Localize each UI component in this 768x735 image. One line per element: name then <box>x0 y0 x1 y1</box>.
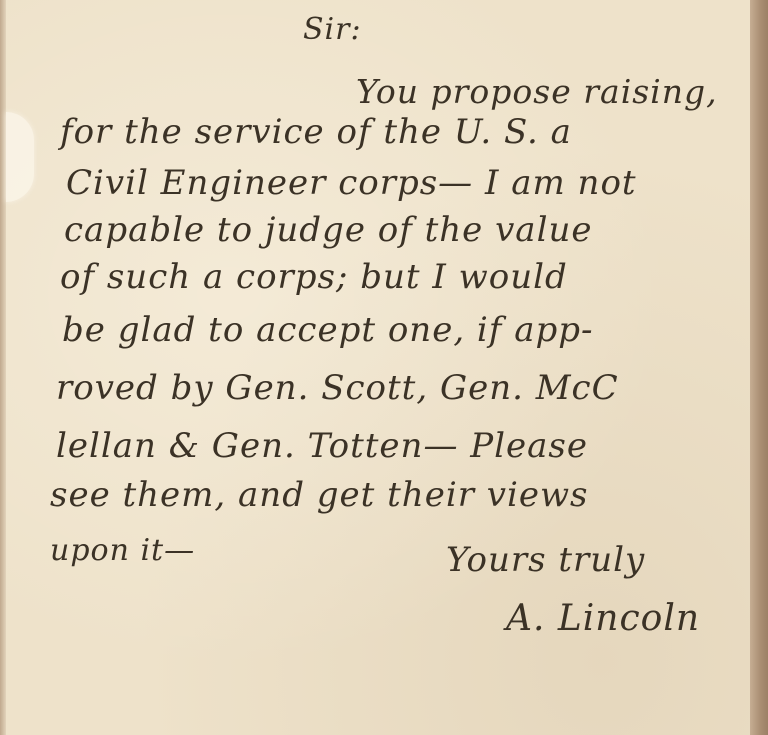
frame-right-edge <box>750 0 768 735</box>
letter-frame: Sir: You propose raising, for the servic… <box>0 0 768 735</box>
body-line: capable to judge of the value <box>64 210 592 250</box>
body-line: see them, and get their views <box>50 475 589 515</box>
body-line: You propose raising, <box>356 72 718 111</box>
body-line: for the service of the U. S. a <box>60 112 572 152</box>
body-line: of such a corps; but I would <box>60 257 568 297</box>
body-line: lellan & Gen. Totten— Please <box>56 426 588 466</box>
signature: A. Lincoln <box>506 598 700 639</box>
body-line: roved by Gen. Scott, Gen. McC <box>56 368 619 408</box>
closing: Yours truly <box>446 540 645 580</box>
body-line: be glad to accept one, if app- <box>62 310 593 350</box>
letter-paper: Sir: You propose raising, for the servic… <box>6 0 750 735</box>
body-line: upon it— <box>50 533 195 568</box>
salutation: Sir: <box>303 12 362 47</box>
paper-blemish <box>6 112 34 202</box>
body-line: Civil Engineer corps— I am not <box>66 163 637 203</box>
